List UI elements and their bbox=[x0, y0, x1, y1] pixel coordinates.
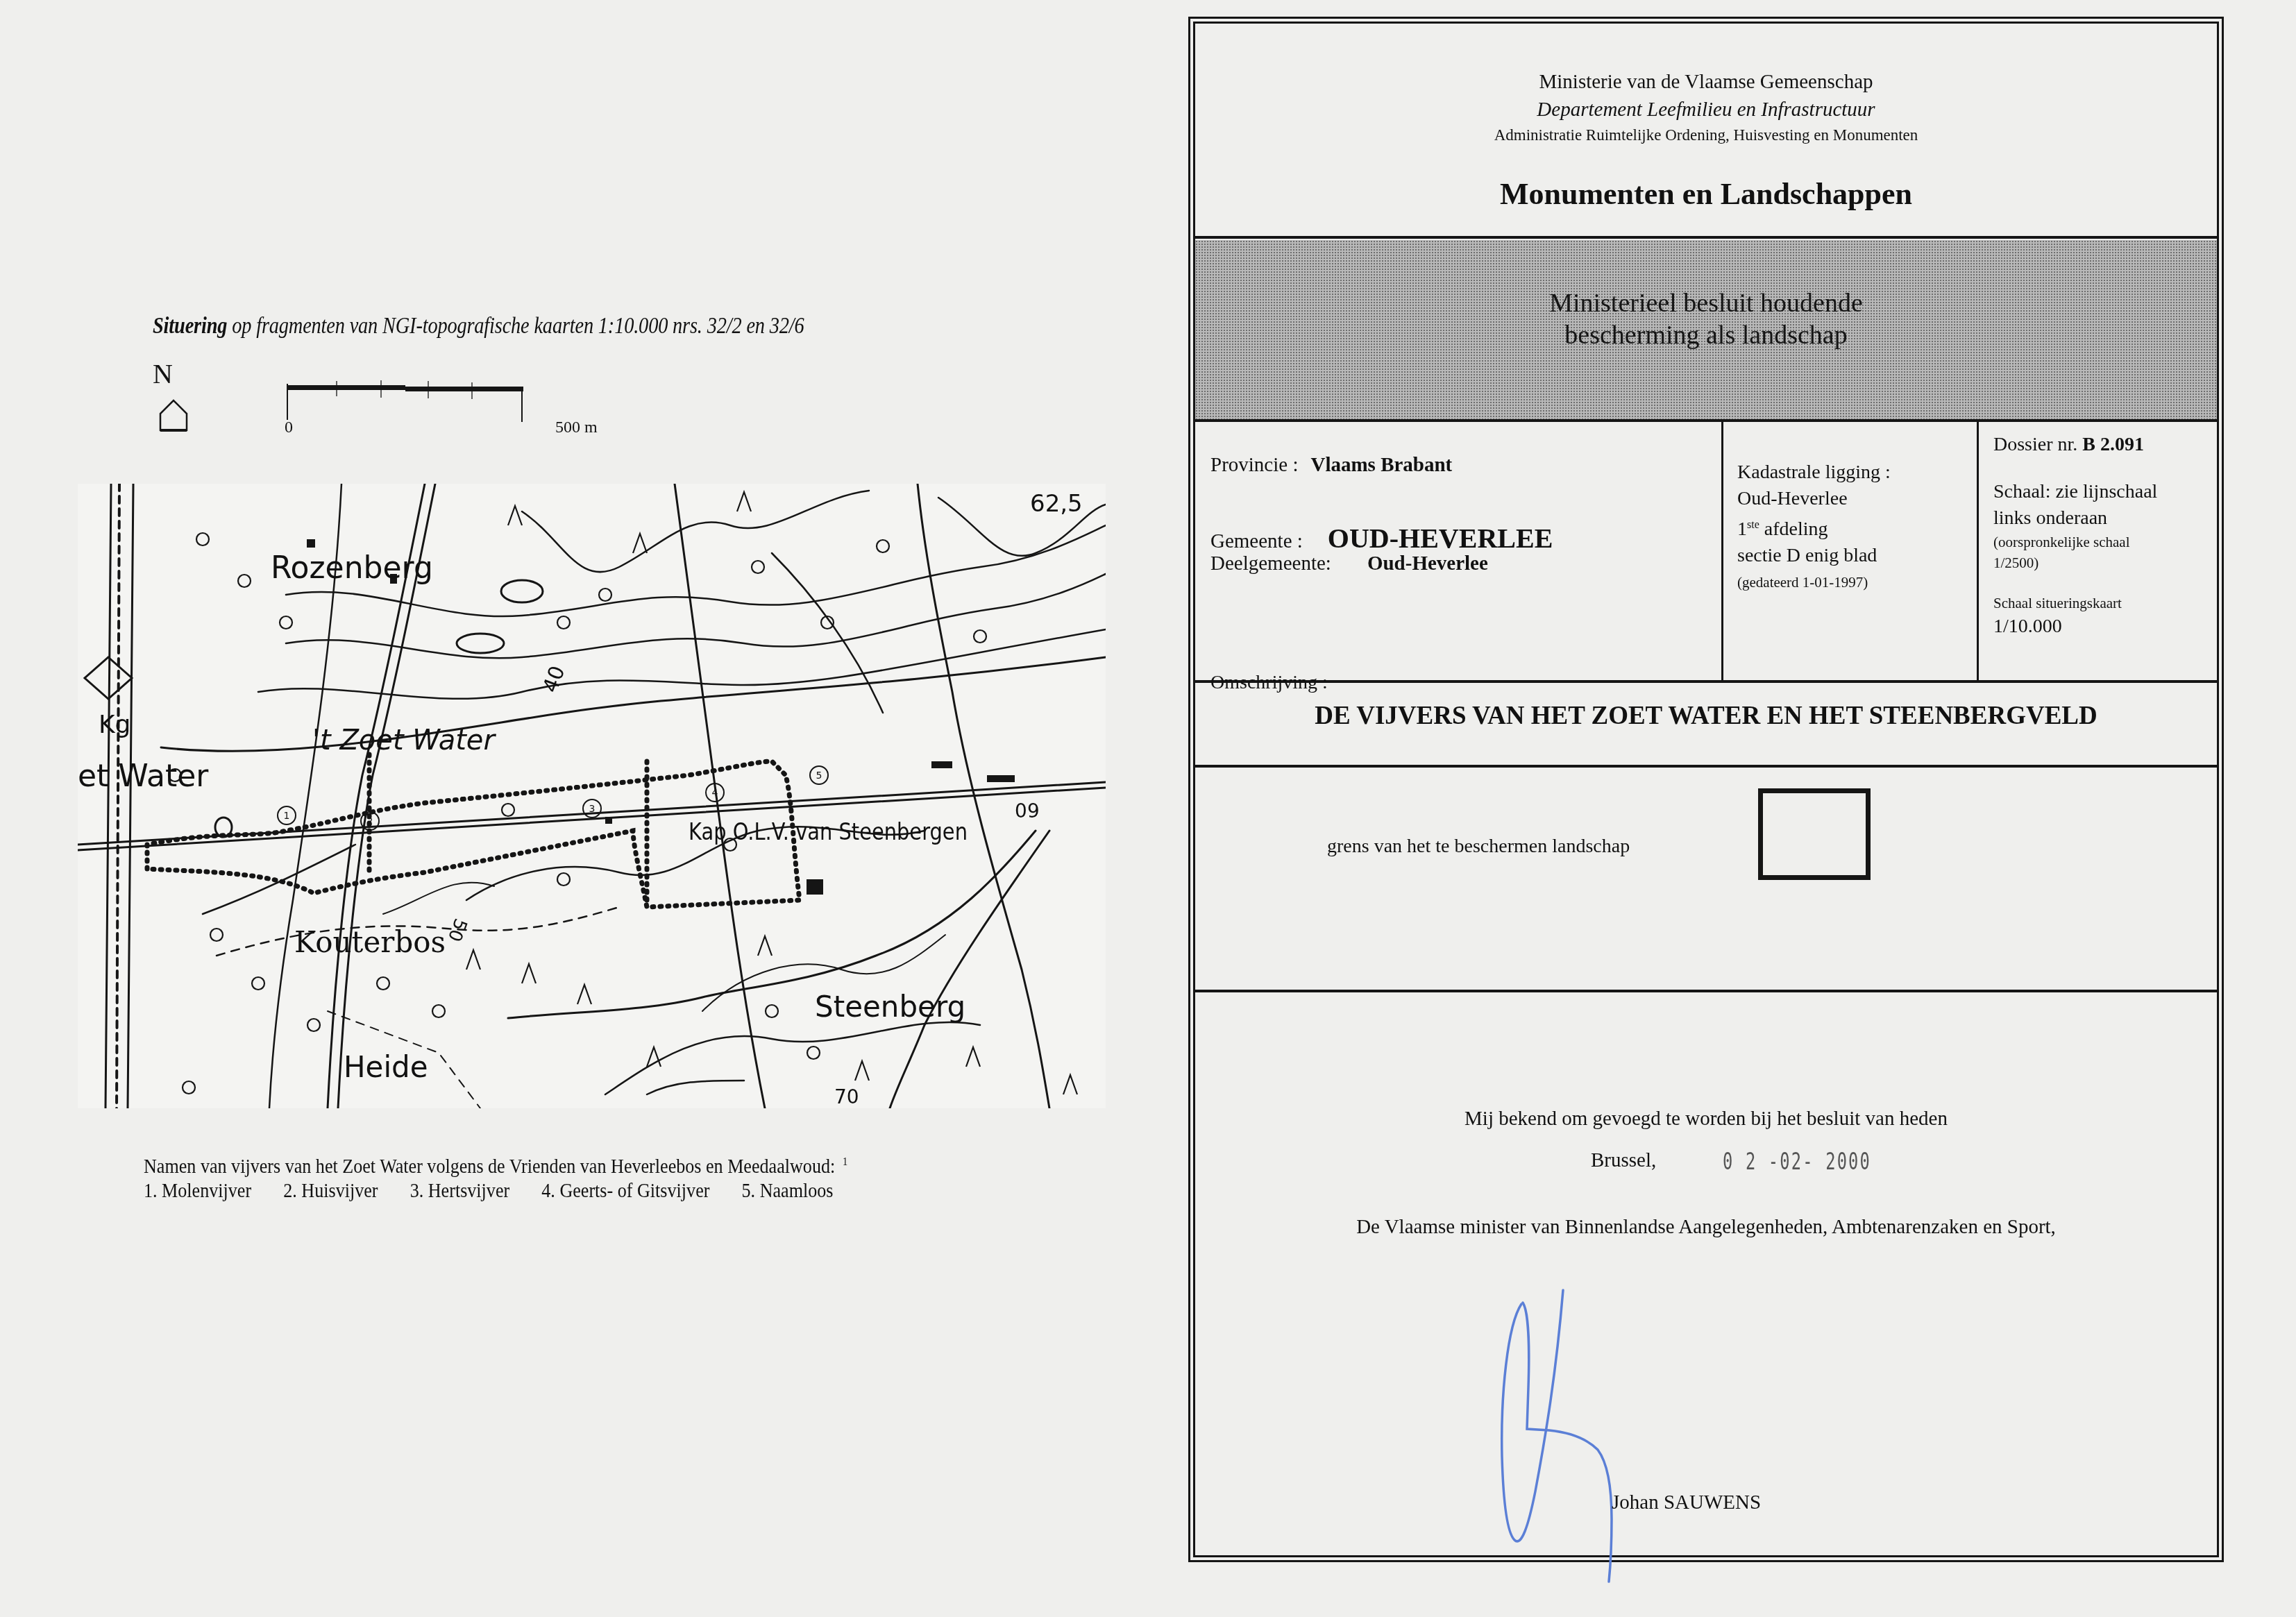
signer-name: Johan SAUWENS bbox=[1612, 1491, 1761, 1514]
footnote-marker: 1 bbox=[843, 1156, 847, 1168]
pond-marker-3: 3 bbox=[589, 804, 596, 815]
pond-marker-1: 1 bbox=[284, 811, 290, 822]
description-value: DE VIJVERS VAN HET ZOET WATER EN HET STE… bbox=[1195, 701, 2217, 731]
field-provincie: Provincie :Vlaams Brabant bbox=[1210, 454, 1452, 477]
decree-band: Ministerieel besluit houdende beschermin… bbox=[1195, 240, 2217, 419]
map-label-heide: Heide bbox=[344, 1053, 428, 1082]
map-label-kouterbos: Kouterbos bbox=[294, 928, 446, 957]
map-label-zoet-water: 't Zoet Water bbox=[312, 727, 495, 754]
pond-legend-items: 1. Molenvijver 2. Huisvijver 3. Hertsvij… bbox=[144, 1180, 861, 1203]
provincie-value: Vlaams Brabant bbox=[1310, 454, 1452, 476]
date-stamp: 0 2 -02- 2000 bbox=[1723, 1148, 1871, 1175]
pond-legend-item: 1. Molenvijver bbox=[144, 1180, 251, 1202]
divider bbox=[1195, 419, 2217, 422]
header-title: Monumenten en Landschappen bbox=[1195, 176, 2217, 212]
pond-marker-5: 5 bbox=[816, 770, 822, 781]
map-label-kapel: Kap O.L.V. van Steenbergen bbox=[689, 820, 968, 844]
pond-legend: Namen van vijvers van het Zoet Water vol… bbox=[144, 1155, 861, 1203]
map-label-et-water: et Water bbox=[78, 761, 208, 792]
field-gemeente: Gemeente :OUD-HEVERLEE bbox=[1210, 522, 1553, 554]
pond-marker-2: 2 bbox=[367, 816, 373, 827]
map-caption-lead: Situering bbox=[153, 314, 227, 339]
map-caption: Situering op fragmenten van NGI-topograf… bbox=[153, 314, 804, 339]
header-department: Departement Leefmilieu en Infrastructuur bbox=[1195, 99, 2217, 121]
signature bbox=[1480, 1283, 1632, 1589]
map-label-elevation-62-5: 62,5 bbox=[1030, 492, 1083, 516]
map-caption-rest: op fragmenten van NGI-topografische kaar… bbox=[232, 314, 804, 339]
map-label-steenberg: Steenberg bbox=[815, 992, 965, 1022]
cadastral-info: Kadastrale ligging : Oud-Heverlee 1ste a… bbox=[1737, 459, 1891, 595]
divider bbox=[1195, 236, 2217, 239]
pond-legend-item: 3. Hertsvijver bbox=[410, 1180, 510, 1202]
approval-place: Brussel, bbox=[1591, 1149, 1656, 1172]
map-label-elevation-60: 60 bbox=[1015, 799, 1040, 819]
minister-title: De Vlaamse minister van Binnenlandse Aan… bbox=[1195, 1216, 2217, 1239]
scale-end-label: 500 m bbox=[555, 418, 598, 437]
map-label-rozenberg: Rozenberg bbox=[271, 553, 433, 584]
header-administration: Administratie Ruimtelijke Ordening, Huis… bbox=[1195, 126, 2217, 144]
map-label-elevation-70: 70 bbox=[834, 1087, 859, 1107]
column-divider bbox=[1977, 421, 1979, 680]
pond-legend-item: 5. Naamloos bbox=[742, 1180, 834, 1202]
dossier-number: Dossier nr. B 2.091 bbox=[1993, 432, 2157, 458]
divider bbox=[1195, 765, 2217, 768]
form-frame: Ministerie van de Vlaamse Gemeenschap De… bbox=[1188, 17, 2224, 1562]
pond-legend-item: 2. Huisvijver bbox=[283, 1180, 378, 1202]
gemeente-value: OUD-HEVERLEE bbox=[1328, 523, 1553, 554]
description-label: Omschrijving : bbox=[1210, 672, 1328, 694]
north-arrow-icon bbox=[158, 398, 189, 432]
pond-legend-item: 4. Geerts- of Gitsvijver bbox=[541, 1180, 709, 1202]
scale-start-label: 0 bbox=[285, 418, 293, 437]
approval-statement: Mij bekend om gevoegd te worden bij het … bbox=[1195, 1108, 2217, 1131]
deelgemeente-value: Oud-Heverlee bbox=[1367, 552, 1488, 575]
map-label-kg: Kg bbox=[99, 713, 130, 738]
pond-marker-4: 4 bbox=[712, 788, 718, 799]
field-deelgemeente: Deelgemeente:Oud-Heverlee bbox=[1210, 552, 1488, 575]
header-ministry: Ministerie van de Vlaamse Gemeenschap bbox=[1195, 71, 2217, 94]
divider bbox=[1195, 990, 2217, 992]
divider bbox=[1195, 680, 2217, 683]
cadastral-division: 1ste afdeling bbox=[1737, 512, 1891, 543]
north-label: N bbox=[153, 357, 173, 390]
column-divider bbox=[1721, 421, 1723, 680]
decree-title: Ministerieel besluit houdende beschermin… bbox=[1195, 287, 2217, 351]
pond-legend-intro: Namen van vijvers van het Zoet Water vol… bbox=[144, 1155, 861, 1178]
dossier-info: Dossier nr. B 2.091 Schaal: zie lijnscha… bbox=[1993, 432, 2157, 640]
topographic-map: 12345 Rozenberg 't Zoet Water et Water K… bbox=[78, 484, 1106, 1108]
scale-bar bbox=[286, 378, 564, 441]
boundary-box-icon bbox=[1758, 788, 1871, 880]
boundary-legend-label: grens van het te beschermen landschap bbox=[1327, 836, 1630, 858]
form-frame-inner: Ministerie van de Vlaamse Gemeenschap De… bbox=[1193, 22, 2219, 1557]
